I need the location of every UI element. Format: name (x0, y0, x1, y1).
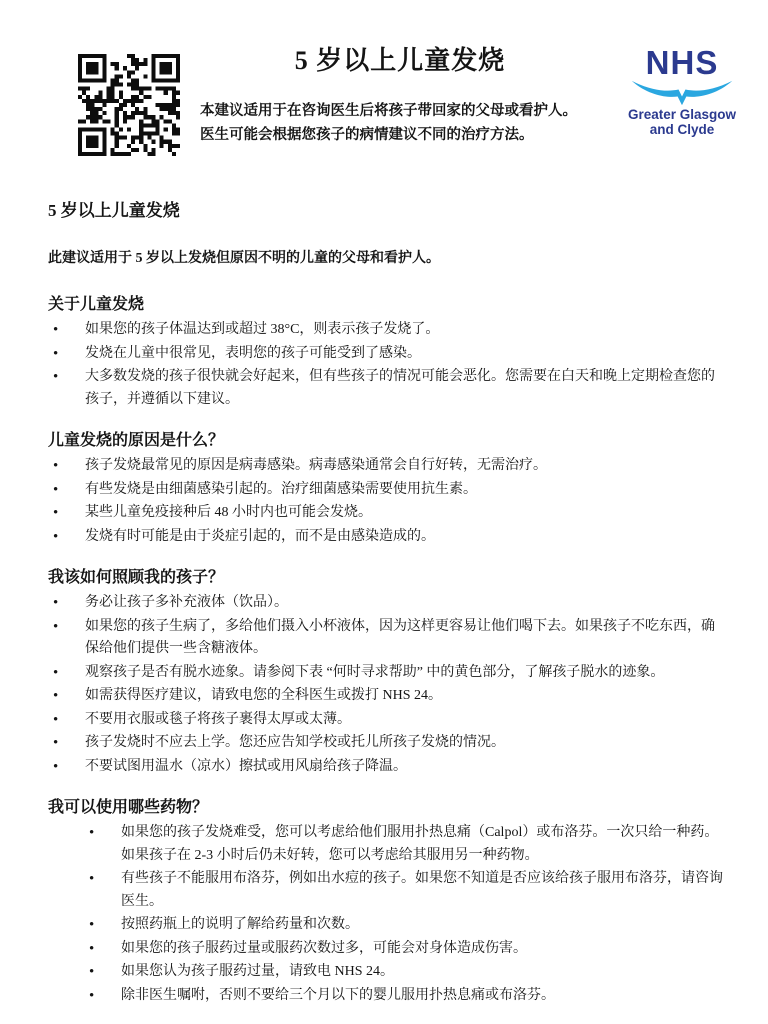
subtitle-line-2: 医生可能会根据您孩子的病情建议不同的治疗方法。 (200, 127, 534, 143)
section-heading: 我该如何照顾我的孩子？ (48, 564, 724, 587)
bullet-item: 大多数发烧的孩子很快就会好起来，但有些孩子的情况可能会恶化。您需要在白天和晚上定… (48, 366, 724, 411)
bullet-list: 如果您的孩子体温达到或超过 38°C，则表示孩子发烧了。发烧在儿童中很常见，表明… (48, 319, 724, 411)
sections-container: 关于儿童发烧如果您的孩子体温达到或超过 38°C，则表示孩子发烧了。发烧在儿童中… (48, 291, 724, 1007)
nhs-org-name: Greater Glasgow and Clyde (616, 107, 748, 137)
nhs-logo: NHS Greater Glasgow and Clyde (616, 48, 748, 137)
bullet-item: 孩子发烧时不应去上学。您还应告知学校或托儿所孩子发烧的情况。 (48, 732, 724, 755)
nhs-logo-text: NHS (616, 48, 748, 78)
nhs-swoosh-icon (630, 80, 734, 106)
doc-section-title: 5 岁以上儿童发烧 (48, 196, 724, 221)
bullet-list: 孩子发烧最常见的原因是病毒感染。病毒感染通常会自行好转，无需治疗。有些发烧是由细… (48, 455, 724, 548)
page-subtitle: 本建议适用于在咨询医生后将孩子带回家的父母或看护人。 医生可能会根据您孩子的病情… (190, 99, 610, 147)
bullet-item: 发烧在儿童中很常见，表明您的孩子可能受到了感染。 (48, 343, 724, 366)
org-line-1: Greater Glasgow (628, 107, 736, 122)
bullet-item: 务必让孩子多补充液体（饮品）。 (48, 592, 724, 615)
bullet-item: 如果您的孩子生病了，多给他们摄入小杯液体，因为这样更容易让他们喝下去。如果孩子不… (48, 616, 724, 661)
bullet-item: 如需获得医疗建议，请致电您的全科医生或拨打 NHS 24。 (48, 685, 724, 708)
bullet-item: 不要用衣服或毯子将孩子裹得太厚或太薄。 (48, 709, 724, 732)
org-line-2: and Clyde (650, 122, 715, 137)
bullet-item: 按照药瓶上的说明了解给药量和次数。 (84, 914, 724, 937)
bullet-item: 如果您认为孩子服药过量，请致电 NHS 24。 (84, 961, 724, 984)
bullet-item: 如果您的孩子体温达到或超过 38°C，则表示孩子发烧了。 (48, 319, 724, 342)
bullet-item: 有些孩子不能服用布洛芬，例如出水痘的孩子。如果您不知道是否应该给孩子服用布洛芬，… (84, 868, 724, 913)
bullet-item: 如果您的孩子服药过量或服药次数过多，可能会对身体造成伤害。 (84, 938, 724, 961)
title-block: 5 岁以上儿童发烧 本建议适用于在咨询医生后将孩子带回家的父母或看护人。 医生可… (190, 40, 610, 147)
bullet-item: 孩子发烧最常见的原因是病毒感染。病毒感染通常会自行好转，无需治疗。 (48, 455, 724, 478)
section-heading: 儿童发烧的原因是什么？ (48, 427, 724, 450)
bullet-list: 如果您的孩子发烧难受，您可以考虑给他们服用扑热息痛（Calpol）或布洛芬。一次… (84, 822, 724, 1007)
bullet-item: 有些发烧是由细菌感染引起的。治疗细菌感染需要使用抗生素。 (48, 479, 724, 502)
page-title: 5 岁以上儿童发烧 (190, 40, 610, 77)
bullet-list: 务必让孩子多补充液体（饮品）。如果您的孩子生病了，多给他们摄入小杯液体，因为这样… (48, 592, 724, 778)
bullet-item: 某些儿童免疫接种后 48 小时内也可能会发烧。 (48, 502, 724, 525)
bullet-item: 发烧有时可能是由于炎症引起的，而不是由感染造成的。 (48, 526, 724, 549)
subtitle-line-1: 本建议适用于在咨询医生后将孩子带回家的父母或看护人。 (200, 103, 577, 119)
bullet-item: 除非医生嘱咐，否则不要给三个月以下的婴儿服用扑热息痛或布洛芬。 (84, 985, 724, 1008)
bullet-item: 不要试图用温水（凉水）擦拭或用风扇给孩子降温。 (48, 756, 724, 779)
section-heading: 我可以使用哪些药物？ (48, 794, 724, 817)
document-body: 5 岁以上儿童发烧 此建议适用于 5 岁以上发烧但原因不明的儿童的父母和看护人。… (48, 196, 724, 1008)
bullet-item: 如果您的孩子发烧难受，您可以考虑给他们服用扑热息痛（Calpol）或布洛芬。一次… (84, 822, 724, 867)
section-heading: 关于儿童发烧 (48, 291, 724, 314)
bullet-item: 观察孩子是否有脱水迹象。请参阅下表 “何时寻求帮助” 中的黄色部分，了解孩子脱水… (48, 662, 724, 685)
document-page: 5 岁以上儿童发烧 本建议适用于在咨询医生后将孩子带回家的父母或看护人。 医生可… (0, 0, 768, 1024)
intro-paragraph: 此建议适用于 5 岁以上发烧但原因不明的儿童的父母和看护人。 (48, 247, 724, 267)
qr-code (78, 54, 180, 156)
